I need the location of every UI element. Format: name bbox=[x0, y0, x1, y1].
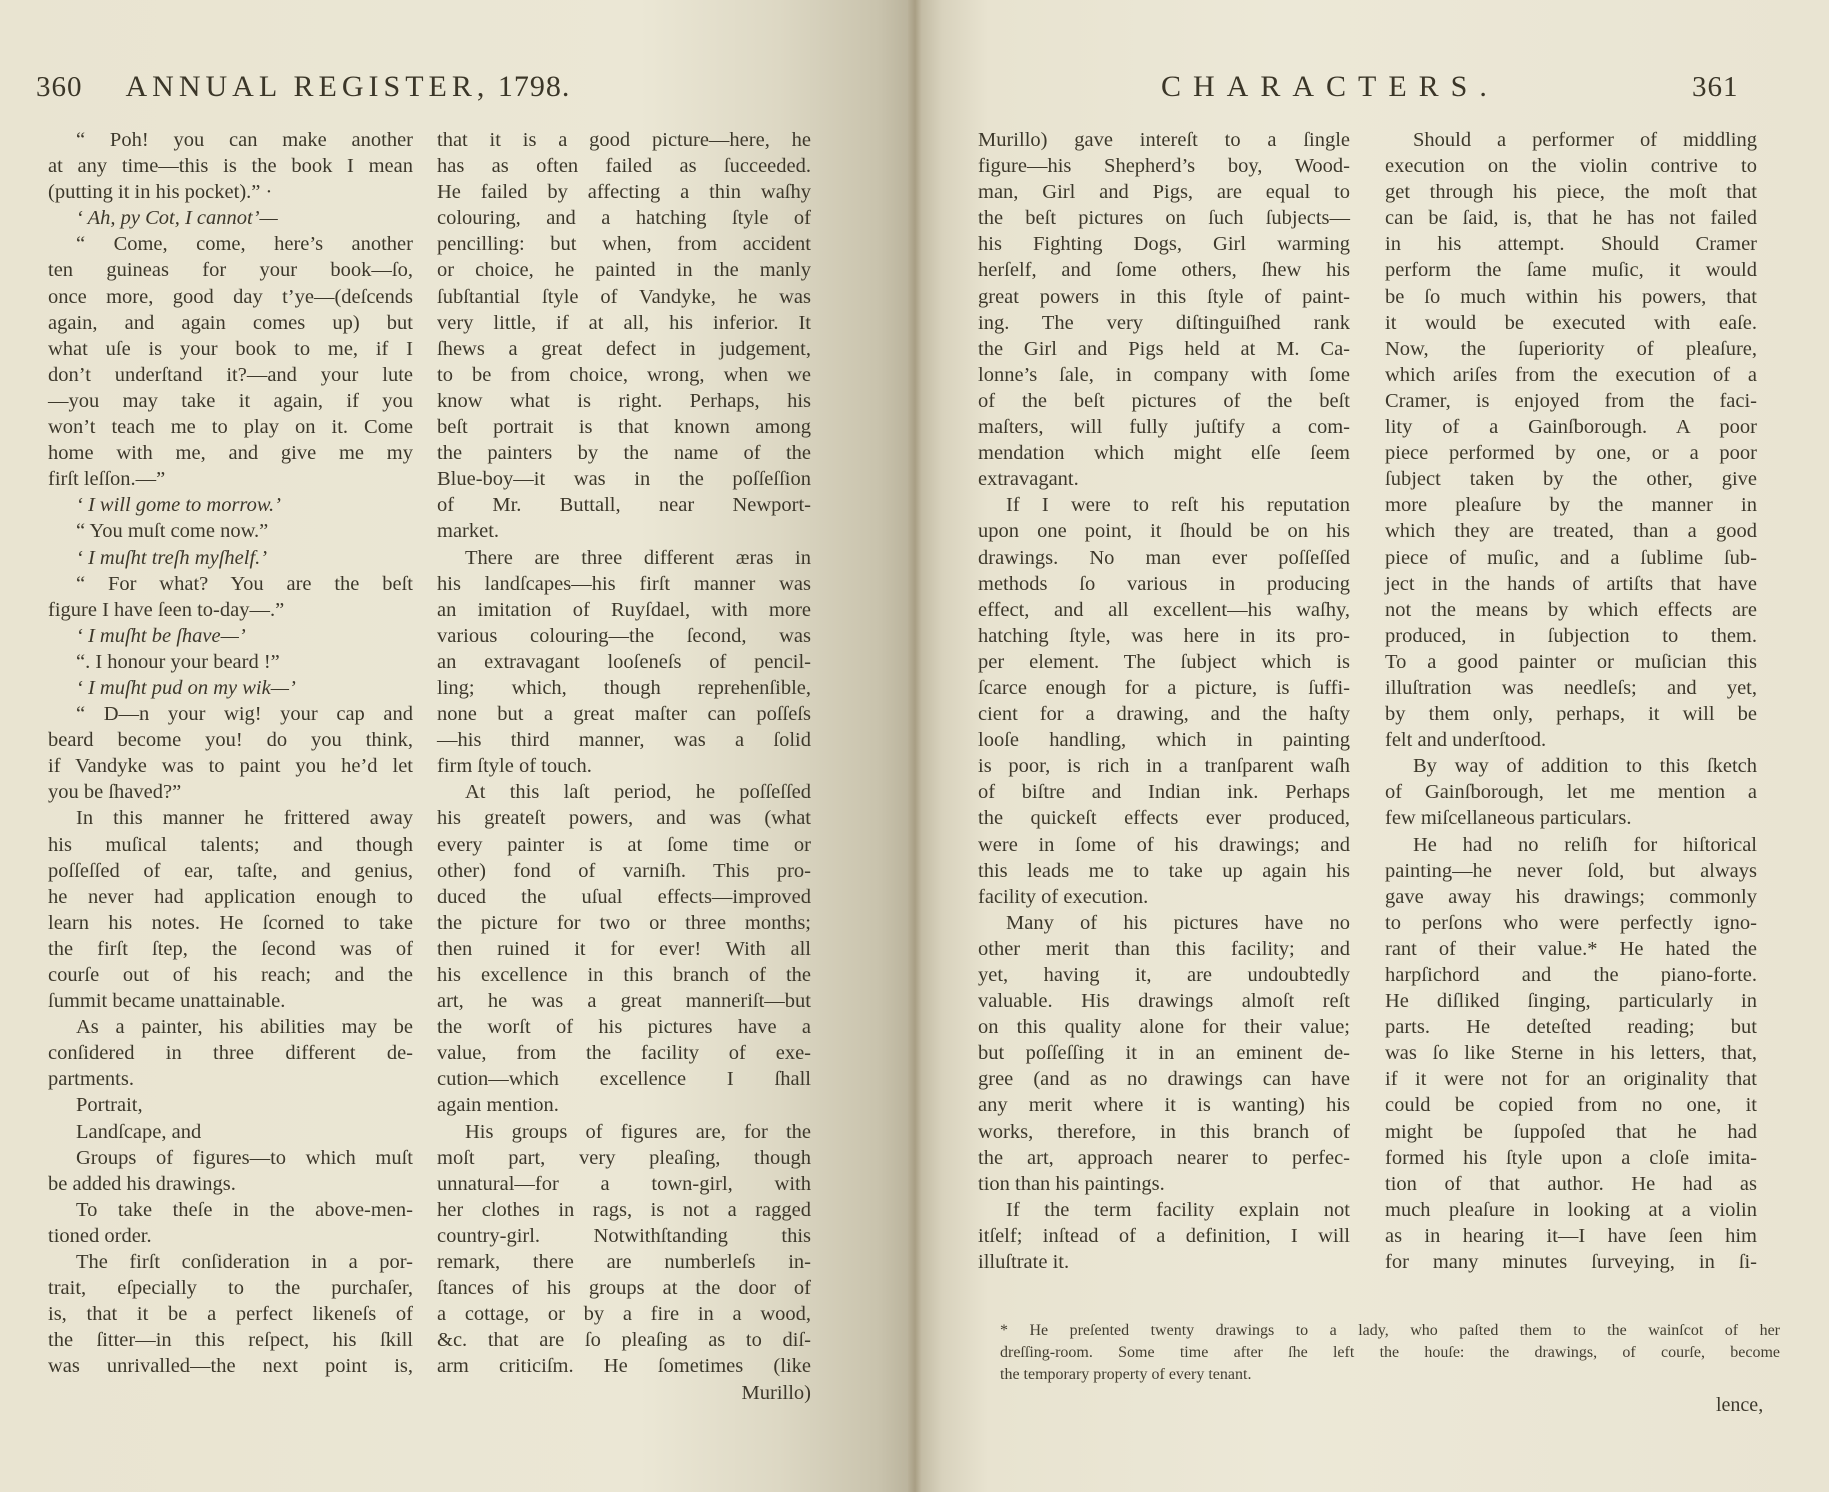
text-line: formed his ſtyle upon a cloſe imita- bbox=[1385, 1145, 1757, 1171]
text-line: If I were to reſt his reputation bbox=[978, 492, 1350, 518]
text-line: drawings. No man ever poſſeſſed bbox=[978, 545, 1350, 571]
text-line: the picture for two or three months; bbox=[437, 910, 811, 936]
text-line: be ſo much within his powers, that bbox=[1385, 284, 1757, 310]
text-line: on this quality alone for their value; bbox=[978, 1014, 1350, 1040]
text-line: itſelf; inſtead of a definition, I will bbox=[978, 1223, 1350, 1249]
text-line: maſters, will fully juſtify a com- bbox=[978, 414, 1350, 440]
text-line: “ For what? You are the beſt bbox=[48, 571, 413, 597]
text-line: is, that it be a perfect likeneſs of bbox=[48, 1301, 413, 1327]
text-line: (putting it in his pocket).” · bbox=[48, 179, 413, 205]
text-line: various colouring—the ſecond, was bbox=[437, 623, 811, 649]
text-line: what uſe is your book to me, if I bbox=[48, 336, 413, 362]
text-line: home with me, and give me my bbox=[48, 440, 413, 466]
text-line: —you may take it again, if you bbox=[48, 388, 413, 414]
text-line: colouring, and a hatching ſtyle of bbox=[437, 205, 811, 231]
text-line: that it is a good picture—here, he bbox=[437, 127, 811, 153]
text-line: but poſſeſſing it in an eminent de- bbox=[978, 1040, 1350, 1066]
text-line: ling; which, though reprehenſible, bbox=[437, 675, 811, 701]
text-line: Should a performer of middling bbox=[1385, 127, 1757, 153]
text-line: valuable. His drawings almoſt reſt bbox=[978, 988, 1350, 1014]
text-line: her clothes in rags, is not a ragged bbox=[437, 1197, 811, 1223]
text-line: his landſcapes—his firſt manner was bbox=[437, 571, 811, 597]
text-line: at any time—this is the book I mean bbox=[48, 153, 413, 179]
text-line: partments. bbox=[48, 1066, 413, 1092]
book-spread: 360 ANNUAL REGISTER, 1798. “ Poh! you ca… bbox=[0, 0, 1829, 1492]
text-line: of biſtre and Indian ink. Perhaps bbox=[978, 779, 1350, 805]
text-line: ſcarce enough for a picture, is ſuffi- bbox=[978, 675, 1350, 701]
text-line: felt and underſtood. bbox=[1385, 727, 1757, 753]
text-line: hatching ſtyle, was here in its pro- bbox=[978, 623, 1350, 649]
text-line: more pleaſure by the manner in bbox=[1385, 492, 1757, 518]
text-line: a cottage, or by a fire in a wood, bbox=[437, 1301, 811, 1327]
text-line: none but a great maſter can poſſeſs bbox=[437, 701, 811, 727]
text-line: Groups of figures—to which muſt bbox=[48, 1145, 413, 1171]
text-line: Murillo) gave intereſt to a ſingle bbox=[978, 127, 1350, 153]
text-line: can be ſaid, is, that he has not failed bbox=[1385, 205, 1757, 231]
text-line: ſummit became unattainable. bbox=[48, 988, 413, 1014]
text-line: parts. He deteſted reading; but bbox=[1385, 1014, 1757, 1040]
text-line: Landſcape, and bbox=[48, 1119, 413, 1145]
right-running-head: CHARACTERS. bbox=[1161, 70, 1499, 104]
text-line: duced the uſual effects—improved bbox=[437, 884, 811, 910]
text-line: an imitation of Ruyſdael, with more bbox=[437, 597, 811, 623]
text-line: per element. The ſubject which is bbox=[978, 649, 1350, 675]
text-line: could be copied from no one, it bbox=[1385, 1092, 1757, 1118]
text-line: were in ſome of his drawings; and bbox=[978, 832, 1350, 858]
text-line: as in hearing it—I have ſeen him bbox=[1385, 1223, 1757, 1249]
text-line: value, from the facility of exe- bbox=[437, 1040, 811, 1066]
text-line: He failed by affecting a thin waſhy bbox=[437, 179, 811, 205]
text-line: herſelf, and ſome others, ſhew his bbox=[978, 257, 1350, 283]
text-line: every painter is at ſome time or bbox=[437, 832, 811, 858]
right-page-number-wrap: 361 bbox=[1692, 70, 1739, 104]
text-column-2: that it is a good picture—here, hehas as… bbox=[437, 127, 811, 1406]
text-line: poſſeſſed of ear, taſte, and genius, bbox=[48, 858, 413, 884]
text-line: he never had application enough to bbox=[48, 884, 413, 910]
text-line: perform the ſame muſic, it would bbox=[1385, 257, 1757, 283]
text-line: figure I have ſeen to-day—.” bbox=[48, 597, 413, 623]
text-line: then ruined it for ever! With all bbox=[437, 936, 811, 962]
text-line: learn his notes. He ſcorned to take bbox=[48, 910, 413, 936]
text-line: produced, in ſubjection to them. bbox=[1385, 623, 1757, 649]
text-line: Murillo) bbox=[437, 1380, 811, 1406]
text-line: won’t teach me to play on it. Come bbox=[48, 414, 413, 440]
text-line: or choice, he painted in the manly bbox=[437, 257, 811, 283]
text-line: be added his drawings. bbox=[48, 1171, 413, 1197]
text-line: is poor, is rich in a tranſparent waſh bbox=[978, 753, 1350, 779]
text-line: you be ſhaved?” bbox=[48, 779, 413, 805]
text-line: firm ſtyle of touch. bbox=[437, 753, 811, 779]
left-running-head: 360 ANNUAL REGISTER, 1798. bbox=[36, 70, 570, 104]
text-line: which ariſes from the execution of a bbox=[1385, 362, 1757, 388]
text-line: by them only, perhaps, it will be bbox=[1385, 701, 1757, 727]
text-line: If the term facility explain not bbox=[978, 1197, 1350, 1223]
text-line: gree (and as no drawings can have bbox=[978, 1066, 1350, 1092]
text-line: firſt leſſon.—” bbox=[48, 466, 413, 492]
text-line: man, Girl and Pigs, are equal to bbox=[978, 179, 1350, 205]
text-line: the painters by the name of the bbox=[437, 440, 811, 466]
page-number: 360 bbox=[36, 71, 83, 103]
book-gutter bbox=[908, 0, 922, 1492]
text-line: his Fighting Dogs, Girl warming bbox=[978, 231, 1350, 257]
text-line: The firſt conſideration in a por- bbox=[48, 1249, 413, 1275]
text-line: the ſitter—in this reſpect, his ſkill bbox=[48, 1327, 413, 1353]
text-line: &c. that are ſo pleaſing as to diſ- bbox=[437, 1327, 811, 1353]
text-line: rant of their value.* He hated the bbox=[1385, 936, 1757, 962]
text-line: not the means by which effects are bbox=[1385, 597, 1757, 623]
text-line: ject in the hands of artiſts that have bbox=[1385, 571, 1757, 597]
text-line: Many of his pictures have no bbox=[978, 910, 1350, 936]
text-line: “ D—n your wig! your cap and bbox=[48, 701, 413, 727]
text-line: ſtances of his groups at the door of bbox=[437, 1275, 811, 1301]
text-line: if it were not for an originality that bbox=[1385, 1066, 1757, 1092]
text-line: illuſtration was needleſs; and yet, bbox=[1385, 675, 1757, 701]
text-line: painting—he never ſold, but always bbox=[1385, 858, 1757, 884]
text-line: Blue-boy—it was in the poſſeſſion bbox=[437, 466, 811, 492]
text-line: beſt portrait is that known among bbox=[437, 414, 811, 440]
text-line: again mention. bbox=[437, 1092, 811, 1118]
text-line: in his attempt. Should Cramer bbox=[1385, 231, 1757, 257]
text-line: the firſt ſtep, the ſecond was of bbox=[48, 936, 413, 962]
running-title: CHARACTERS. bbox=[1161, 70, 1499, 103]
text-line: To a good painter or muſician this bbox=[1385, 649, 1757, 675]
text-line: any merit where it is wanting) his bbox=[978, 1092, 1350, 1118]
text-line: very little, if at all, his inferior. It bbox=[437, 310, 811, 336]
text-line: beard become you! do you think, bbox=[48, 727, 413, 753]
text-line: illuſtrate it. bbox=[978, 1249, 1350, 1275]
text-line: ten guineas for your book—ſo, bbox=[48, 257, 413, 283]
left-page: 360 ANNUAL REGISTER, 1798. “ Poh! you ca… bbox=[0, 0, 915, 1492]
text-line: his muſical talents; and though bbox=[48, 832, 413, 858]
text-line: cient for a drawing, and the haſty bbox=[978, 701, 1350, 727]
text-line: —his third manner, was a ſolid bbox=[437, 727, 811, 753]
text-line: other merit than this facility; and bbox=[978, 936, 1350, 962]
text-line: if Vandyke was to paint you he’d let bbox=[48, 753, 413, 779]
page-number: 361 bbox=[1692, 71, 1739, 103]
text-line: to perſons who were perfectly igno- bbox=[1385, 910, 1757, 936]
text-line: facility of execution. bbox=[978, 884, 1350, 910]
text-line: unnatural—for a town-girl, with bbox=[437, 1171, 811, 1197]
text-line: it would be executed with eaſe. bbox=[1385, 310, 1757, 336]
text-line: ‘ I muſht treſh myſhelf.’ bbox=[48, 545, 413, 571]
text-line: ſhews a great defect in judgement, bbox=[437, 336, 811, 362]
text-line: upon one point, it ſhould be on his bbox=[978, 518, 1350, 544]
text-line: country-girl. Notwithſtanding this bbox=[437, 1223, 811, 1249]
text-line: yet, having it, are undoubtedly bbox=[978, 962, 1350, 988]
text-line: trait, eſpecially to the purchaſer, bbox=[48, 1275, 413, 1301]
text-line: conſidered in three different de- bbox=[48, 1040, 413, 1066]
text-line: know what is right. Perhaps, his bbox=[437, 388, 811, 414]
text-line: courſe out of his reach; and the bbox=[48, 962, 413, 988]
text-line: tion of that author. He had as bbox=[1385, 1171, 1757, 1197]
text-line: He had no reliſh for hiſtorical bbox=[1385, 832, 1757, 858]
text-line: “ Poh! you can make another bbox=[48, 127, 413, 153]
text-line: this leads me to take up again his bbox=[978, 858, 1350, 884]
text-column-3: Murillo) gave intereſt to a ſinglefigure… bbox=[978, 127, 1350, 1275]
running-title: ANNUAL REGISTER, bbox=[126, 70, 490, 103]
text-line: By way of addition to this ſketch bbox=[1385, 753, 1757, 779]
text-line: don’t underſtand it?—and your lute bbox=[48, 362, 413, 388]
text-line: Cramer, is enjoyed from the faci- bbox=[1385, 388, 1757, 414]
text-line: execution on the violin contrive to bbox=[1385, 153, 1757, 179]
text-line: the beſt pictures on ſuch ſubjects— bbox=[978, 205, 1350, 231]
text-line: for many minutes ſurveying, in ſi- bbox=[1385, 1249, 1757, 1275]
text-line: of Gainſborough, let me mention a bbox=[1385, 779, 1757, 805]
text-column-1: “ Poh! you can make anotherat any time—t… bbox=[48, 127, 413, 1380]
catchword: lence, bbox=[1716, 1394, 1763, 1417]
text-line: ing. The very diſtinguiſhed rank bbox=[978, 310, 1350, 336]
text-line: tioned order. bbox=[48, 1223, 413, 1249]
text-line: ‘ I muſht pud on my wik—’ bbox=[48, 675, 413, 701]
text-line: ‘ I muſht be ſhave—’ bbox=[48, 623, 413, 649]
text-line: tion than his paintings. bbox=[978, 1171, 1350, 1197]
text-line: arm criticiſm. He ſometimes (like bbox=[437, 1353, 811, 1379]
text-line: art, he was a great manneriſt—but bbox=[437, 988, 811, 1014]
text-line: get through his piece, the moſt that bbox=[1385, 179, 1757, 205]
text-line: “. I honour your beard !” bbox=[48, 649, 413, 675]
text-line: ſubſtantial ſtyle of Vandyke, he was bbox=[437, 284, 811, 310]
text-line: Now, the ſuperiority of pleaſure, bbox=[1385, 336, 1757, 362]
running-year: 1798. bbox=[498, 70, 571, 103]
text-line: might be ſuppoſed that he had bbox=[1385, 1119, 1757, 1145]
text-line: the worſt of his pictures have a bbox=[437, 1014, 811, 1040]
text-line: lity of a Gainſborough. A poor bbox=[1385, 414, 1757, 440]
text-line: few miſcellaneous particulars. bbox=[1385, 805, 1757, 831]
text-line: As a painter, his abilities may be bbox=[48, 1014, 413, 1040]
text-line: ‘ I will gome to morrow.’ bbox=[48, 492, 413, 518]
text-line: piece of muſic, and a ſublime ſub- bbox=[1385, 545, 1757, 571]
text-line: great powers in this ſtyle of paint- bbox=[978, 284, 1350, 310]
text-line: which they are treated, than a good bbox=[1385, 518, 1757, 544]
text-line: other) fond of varniſh. This pro- bbox=[437, 858, 811, 884]
footnote-line: * He preſented twenty drawings to a lady… bbox=[1000, 1320, 1780, 1342]
text-line: His groups of figures are, for the bbox=[437, 1119, 811, 1145]
text-line: his greateſt powers, and was (what bbox=[437, 805, 811, 831]
text-line: has as often failed as ſucceeded. bbox=[437, 153, 811, 179]
text-line: He diſliked ſinging, particularly in bbox=[1385, 988, 1757, 1014]
text-line: ſubject taken by the other, give bbox=[1385, 466, 1757, 492]
text-line: In this manner he frittered away bbox=[48, 805, 413, 831]
text-line: moſt part, very pleaſing, though bbox=[437, 1145, 811, 1171]
footnote: * He preſented twenty drawings to a lady… bbox=[1000, 1320, 1780, 1386]
text-line: again, and again comes up) but bbox=[48, 310, 413, 336]
text-line: remark, there are numberleſs in- bbox=[437, 1249, 811, 1275]
text-line: market. bbox=[437, 518, 811, 544]
text-line: looſe handling, which in painting bbox=[978, 727, 1350, 753]
text-line: the Girl and Pigs held at M. Ca- bbox=[978, 336, 1350, 362]
text-column-4: Should a performer of middlingexecution … bbox=[1385, 127, 1757, 1275]
text-line: “ You muſt come now.” bbox=[48, 518, 413, 544]
right-page: CHARACTERS. 361 Murillo) gave intereſt t… bbox=[915, 0, 1829, 1492]
text-line: his excellence in this branch of the bbox=[437, 962, 811, 988]
text-line: the art, approach nearer to perfec- bbox=[978, 1145, 1350, 1171]
text-line: effect, and all excellent—his waſhy, bbox=[978, 597, 1350, 623]
text-line: There are three different æras in bbox=[437, 545, 811, 571]
text-line: was unrivalled—the next point is, bbox=[48, 1353, 413, 1379]
text-line: methods ſo various in producing bbox=[978, 571, 1350, 597]
text-line: was ſo like Sterne in his letters, that, bbox=[1385, 1040, 1757, 1066]
text-line: ‘ Ah, py Cot, I cannot’— bbox=[48, 205, 413, 231]
text-line: To take theſe in the above-men- bbox=[48, 1197, 413, 1223]
text-line: “ Come, come, here’s another bbox=[48, 231, 413, 257]
text-line: lonne’s ſale, in company with ſome bbox=[978, 362, 1350, 388]
text-line: of the beſt pictures of the beſt bbox=[978, 388, 1350, 414]
footnote-line: dreſſing-room. Some time after ſhe left … bbox=[1000, 1342, 1780, 1364]
text-line: an extravagant looſeneſs of pencil- bbox=[437, 649, 811, 675]
text-line: extravagant. bbox=[978, 466, 1350, 492]
text-line: to be from choice, wrong, when we bbox=[437, 362, 811, 388]
text-line: figure—his Shepherd’s boy, Wood- bbox=[978, 153, 1350, 179]
text-line: once more, good day t’ye—(deſcends bbox=[48, 284, 413, 310]
text-line: mendation which might elſe ſeem bbox=[978, 440, 1350, 466]
text-line: piece performed by one, or a poor bbox=[1385, 440, 1757, 466]
text-line: gave away his drawings; commonly bbox=[1385, 884, 1757, 910]
text-line: harpſichord and the piano-forte. bbox=[1385, 962, 1757, 988]
text-line: cution—which excellence I ſhall bbox=[437, 1066, 811, 1092]
text-line: At this laſt period, he poſſeſſed bbox=[437, 779, 811, 805]
text-line: pencilling: but when, from accident bbox=[437, 231, 811, 257]
text-line: Portrait, bbox=[48, 1092, 413, 1118]
text-line: works, therefore, in this branch of bbox=[978, 1119, 1350, 1145]
text-line: the quickeſt effects ever produced, bbox=[978, 805, 1350, 831]
text-line: much pleaſure in looking at a violin bbox=[1385, 1197, 1757, 1223]
footnote-line: the temporary property of every tenant. bbox=[1000, 1364, 1780, 1386]
text-line: of Mr. Buttall, near Newport- bbox=[437, 492, 811, 518]
